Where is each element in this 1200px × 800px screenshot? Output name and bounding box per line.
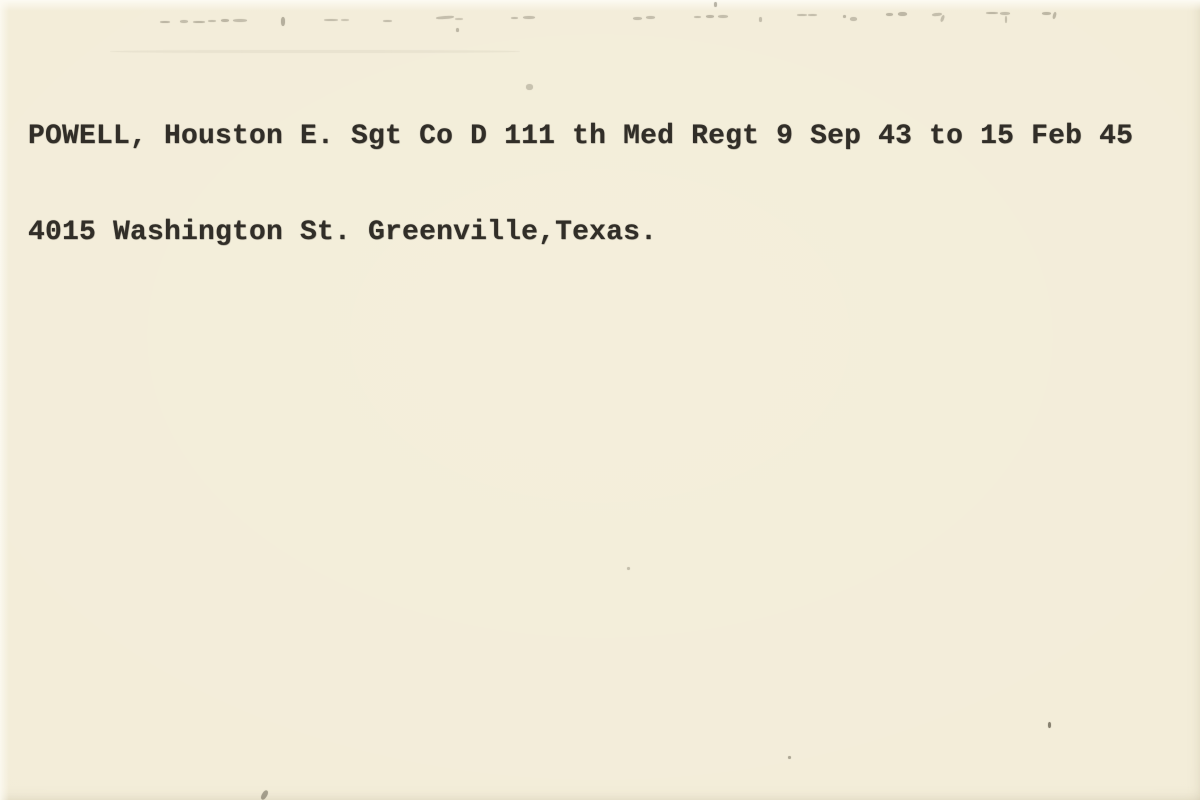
paper-edge-top xyxy=(0,0,1200,11)
ink-smudge xyxy=(1005,16,1007,23)
ink-smudge xyxy=(932,12,942,16)
ink-smudge xyxy=(281,17,285,26)
ink-smudge xyxy=(808,14,817,16)
ink-smudge xyxy=(986,12,998,14)
typed-line-service-record: POWELL, Houston E. Sgt Co D 111 th Med R… xyxy=(28,121,1133,153)
ink-smudge xyxy=(898,12,907,16)
ink-smudge xyxy=(843,15,846,18)
ink-smudge xyxy=(759,17,762,22)
ink-smudge xyxy=(1000,12,1010,15)
ink-smudge xyxy=(436,15,454,19)
ink-smudge xyxy=(646,16,655,19)
ink-smudge xyxy=(324,19,338,21)
ink-smudge xyxy=(193,21,205,23)
ink-smudge xyxy=(706,15,714,18)
ink-smudge xyxy=(456,28,459,32)
ink-smudge xyxy=(208,20,216,22)
ink-smudge xyxy=(627,567,630,570)
ink-smudge xyxy=(694,16,701,18)
scanned-document-page: { "card": { "lines": [ "POWELL, Houston … xyxy=(0,0,1200,800)
ink-smudge xyxy=(160,21,170,23)
ink-smudge xyxy=(511,17,518,19)
ink-smudge xyxy=(850,17,857,21)
ink-smudge xyxy=(797,14,807,16)
index-card: POWELL, Houston E. Sgt Co D 111 th Med R… xyxy=(0,0,1200,800)
typed-text-block: POWELL, Houston E. Sgt Co D 111 th Med R… xyxy=(28,57,1133,313)
ink-smudge xyxy=(383,20,392,22)
ink-smudge xyxy=(110,50,520,53)
ink-smudge xyxy=(523,16,535,19)
ink-smudge xyxy=(714,2,717,7)
ink-smudge xyxy=(633,17,642,20)
ink-smudge xyxy=(1048,722,1051,728)
ink-smudge xyxy=(233,19,247,22)
typed-line-address: 4015 Washington St. Greenville,Texas. xyxy=(28,217,1133,249)
paper-edge-left xyxy=(0,0,9,800)
ink-smudge xyxy=(788,756,791,759)
ink-smudge xyxy=(260,789,269,800)
ink-smudge xyxy=(718,15,728,18)
ink-smudge xyxy=(940,15,945,23)
ink-smudge xyxy=(341,19,349,21)
ink-smudge xyxy=(180,20,188,23)
ink-smudge xyxy=(1052,12,1057,20)
ink-smudge xyxy=(455,18,463,20)
ink-smudge xyxy=(886,13,893,16)
ink-smudge xyxy=(221,19,229,22)
ink-smudge xyxy=(1042,12,1051,15)
